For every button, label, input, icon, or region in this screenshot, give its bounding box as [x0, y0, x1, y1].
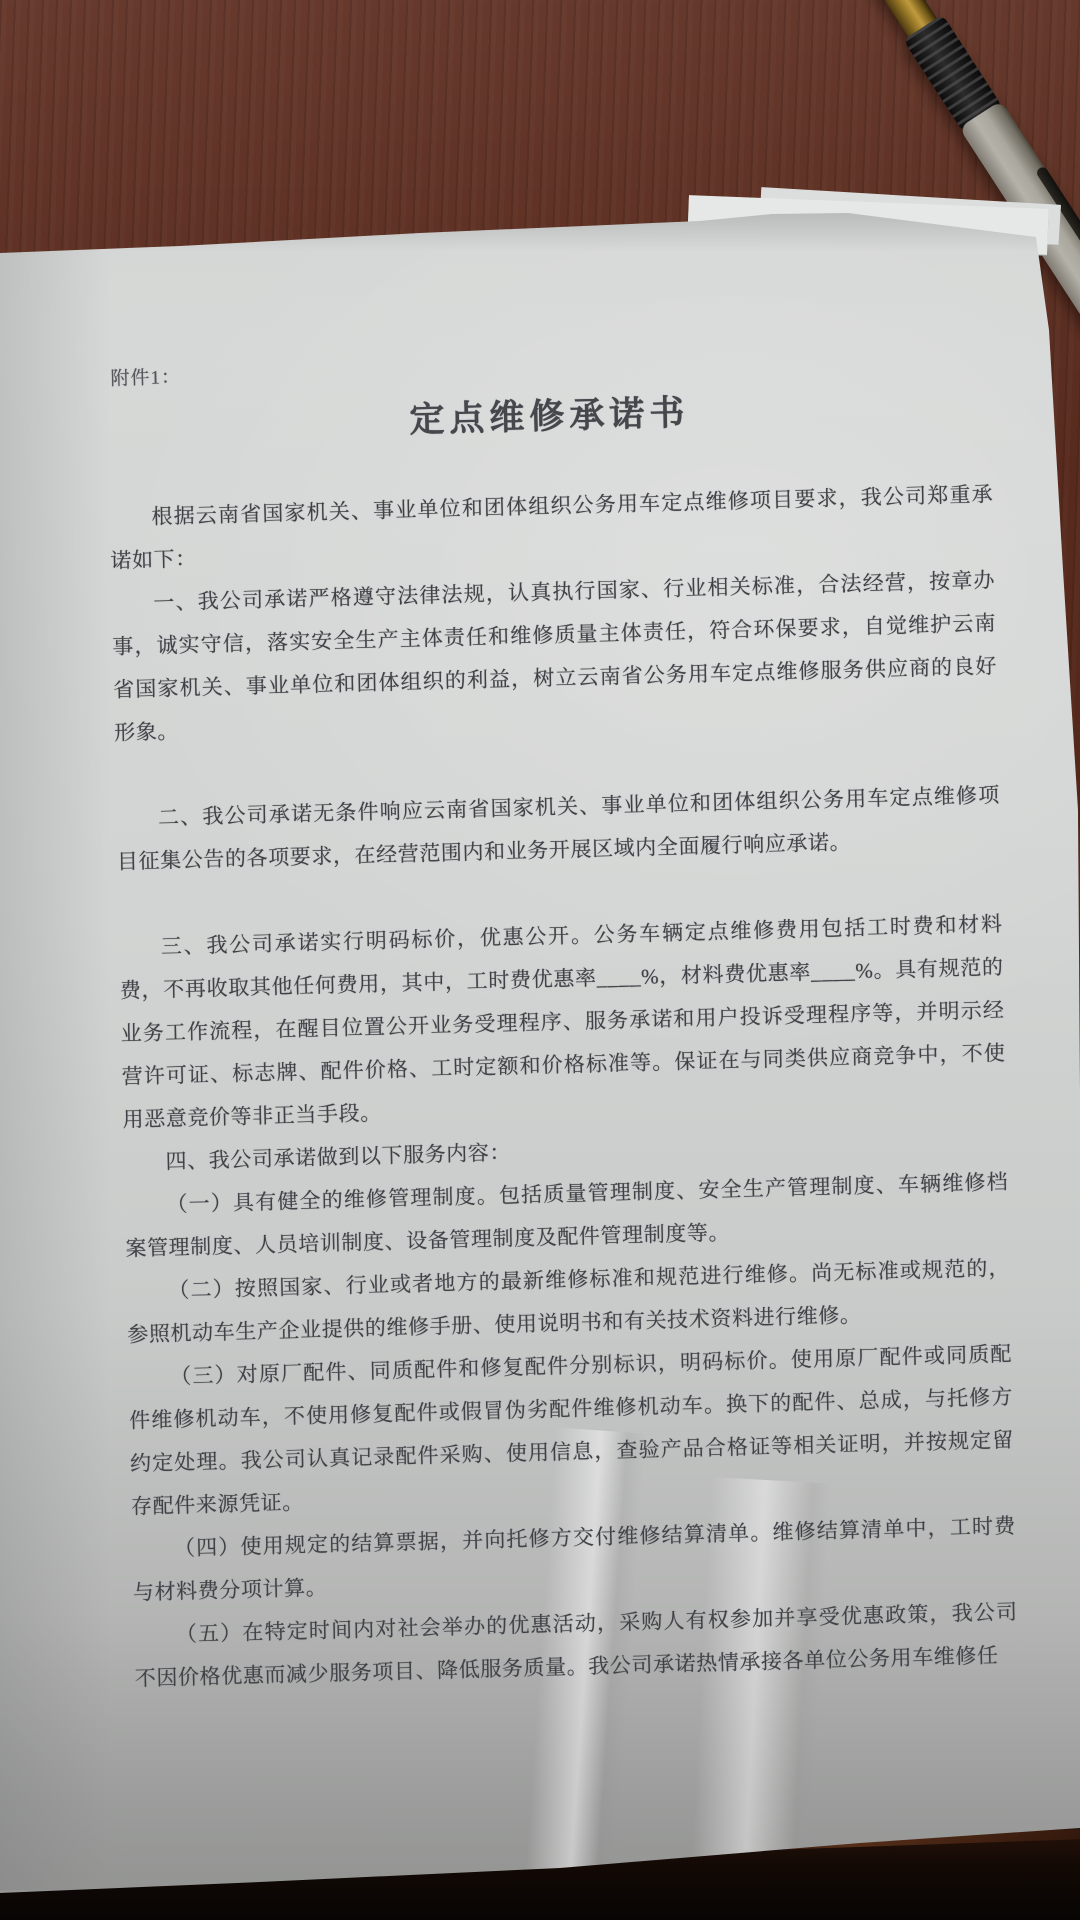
document-page: 附件1： 定点维修承诺书 根据云南省国家机关、事业单位和团体组织公务用车定点维修…: [0, 0, 1080, 1920]
photo-of-document: 附件1： 定点维修承诺书 根据云南省国家机关、事业单位和团体组织公务用车定点维修…: [0, 0, 1080, 1920]
paragraph-2: 二、我公司承诺无条件响应云南省国家机关、事业单位和团体组织公务用车定点维修项目征…: [116, 774, 1002, 884]
paragraph-3: 三、我公司承诺实行明码标价，优惠公开。公务车辆定点维修费用包括工时费和材料费，不…: [118, 903, 1006, 1142]
paragraph-1: 一、我公司承诺严格遵守法律法规，认真执行国家、行业相关标准，合法经营，按章办事，…: [111, 559, 998, 755]
document-title: 定点维修承诺书: [107, 377, 992, 451]
document-text: 附件1： 定点维修承诺书 根据云南省国家机关、事业单位和团体组织公务用车定点维修…: [106, 340, 1019, 1701]
paragraph-4-item-3: （三）对原厂配件、同质配件和修复配件分别标识，明码标价。使用原厂配件或同质配件维…: [128, 1333, 1015, 1529]
